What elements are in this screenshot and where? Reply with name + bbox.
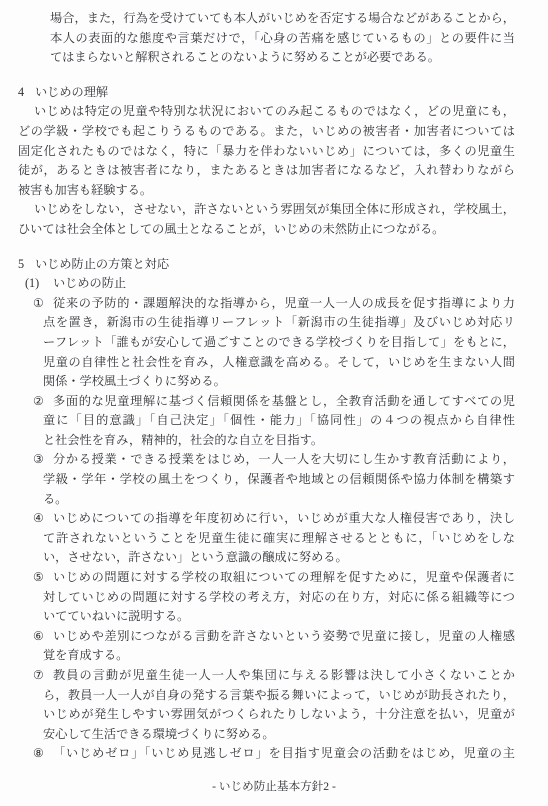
numbered-item: ⑤いじめの問題に対する学校の取組についての理解を促すために，児童や保護者に対して… bbox=[0, 568, 515, 627]
line-text: 場合，また，行為を受けていても本人がいじめを否定する場合などがあることから， bbox=[50, 11, 515, 25]
line-text: 点を置き，新潟市の生徒指導リーフレット「新潟市の生徒指導」及びいじめ対応リ bbox=[43, 315, 515, 329]
text-line: ひいては社会全体としての風土となることが，いじめの未然防止につながる。 bbox=[18, 220, 515, 240]
line-text: いじめの問題に対する学校の取組についての理解を促すために，児童や保護者に bbox=[53, 570, 515, 584]
line-text: いじめや差別につながる言動を許さないという姿勢で児童に接し，児童の人権感 bbox=[53, 629, 515, 643]
section-title: いじめ防止の方策と対応 bbox=[35, 257, 169, 271]
line-text: 関係・学校風土づくりに努める。 bbox=[43, 374, 226, 388]
section-title: いじめの理解 bbox=[35, 85, 108, 99]
text-line: いじめは特定の児童や特別な状況においてのみ起こるものではなく，どの児童にも， bbox=[18, 102, 515, 122]
numbered-item: ⑧「いじめゼロ」「いじめ見逃しゼロ」を目指す児童会の活動をはじめ，児童の主 bbox=[0, 744, 515, 764]
section-heading: 5いじめ防止の方策と対応 bbox=[0, 255, 515, 275]
numbered-item: ④いじめについての指導を年度初めに行い，いじめが重大な人権侵害であり，決して許さ… bbox=[0, 509, 515, 568]
text-line: 児童の自律性と社会性を育み，人権意識を高める。そして，いじめを生まない人間 bbox=[43, 353, 515, 373]
text-line: 徒が，あるときは被害者になり，またあるときは加害者になるなど，入れ替わりながら bbox=[18, 161, 515, 181]
numbered-item: ⑥いじめや差別につながる言動を許さないという姿勢で児童に接し，児童の人権感覚を育… bbox=[0, 627, 515, 666]
subsection-number: (1) bbox=[25, 274, 53, 294]
section-heading: 4いじめの理解 bbox=[0, 83, 515, 103]
line-text: 安心して生活できる環境づくりに努める。 bbox=[43, 727, 275, 741]
item-number-marker: ④ bbox=[33, 509, 44, 529]
text-line: ⑥いじめや差別につながる言動を許さないという姿勢で児童に接し，児童の人権感 bbox=[43, 627, 515, 647]
line-text: いてていねいに説明する。 bbox=[43, 609, 189, 623]
line-text: いじめをしない，させない，許さないという雰囲気が集団全体に形成され，学校風土， bbox=[34, 202, 515, 216]
item-number-marker: ③ bbox=[33, 450, 44, 470]
line-text: 教員の言動が児童生徒一人一人や集団に与える影響は決して小さくないことか bbox=[53, 668, 515, 682]
line-text: ーフレット「誰もが安心して過ごすことのできる学校づくりを目指して」をもとに， bbox=[43, 335, 515, 349]
text-line: る。 bbox=[43, 490, 515, 510]
text-line: ①従来の予防的・課題解決的な指導から，児童一人一人の成長を促す指導により力 bbox=[43, 294, 515, 314]
line-text: 対していじめの問題に対する学校の考え方，対応の在り方，対応に係る組織等につ bbox=[43, 590, 515, 604]
text-line: ら，教員一人一人が自身の発する言葉や振る舞いによって，いじめが助長されたり， bbox=[43, 686, 515, 706]
line-text: 学級・学年・学校の風土をつくり，保護者や地域との信頼関係や協力体制を構築す bbox=[43, 472, 515, 486]
line-text: て許されないということを児童生徒に確実に理解させるとともに，「いじめをしな bbox=[43, 531, 515, 545]
line-text: と社会性を育み，精神的，社会的な自立を目指す。 bbox=[43, 433, 323, 447]
line-text: どの学級・学校でも起こりうるものである。また，いじめの被害者・加害者については bbox=[18, 124, 515, 138]
line-text: いじめが発生しやすい雰囲気がつくられたりしないよう，十分注意を払い，児童が bbox=[43, 707, 515, 721]
text-line: どの学級・学校でも起こりうるものである。また，いじめの被害者・加害者については bbox=[18, 122, 515, 142]
text-line: いじめをしない，させない，許さないという雰囲気が集団全体に形成され，学校風土， bbox=[18, 200, 515, 220]
line-text: 「いじめゼロ」「いじめ見逃しゼロ」を目指す児童会の活動をはじめ，児童の主 bbox=[53, 746, 515, 760]
text-line: いてていねいに説明する。 bbox=[43, 607, 515, 627]
text-line: 学級・学年・学校の風土をつくり，保護者や地域との信頼関係や協力体制を構築す bbox=[43, 470, 515, 490]
paragraph: いじめをしない，させない，許さないという雰囲気が集団全体に形成され，学校風土，ひ… bbox=[0, 200, 515, 239]
line-text: 固定化されたものではなく，特に「暴力を伴わないいじめ」については，多くの児童生 bbox=[18, 144, 515, 158]
text-line: と社会性を育み，精神的，社会的な自立を目指す。 bbox=[43, 431, 515, 451]
text-line: 童に「目的意識」「自己決定」「個性・能力」「協同性」の４つの視点から自律性 bbox=[43, 411, 515, 431]
text-line: い，させない，許さない」という意識の醸成に努める。 bbox=[43, 548, 515, 568]
line-text: 童に「目的意識」「自己決定」「個性・能力」「協同性」の４つの視点から自律性 bbox=[43, 413, 515, 427]
item-number-marker: ② bbox=[33, 392, 44, 412]
item-number-marker: ① bbox=[33, 294, 44, 314]
section-number: 4 bbox=[18, 83, 35, 103]
line-text: 被害も加害も経験する。 bbox=[18, 183, 152, 197]
text-line: て許されないということを児童生徒に確実に理解させるとともに，「いじめをしな bbox=[43, 529, 515, 549]
numbered-subheading: (1)いじめの防止 bbox=[0, 274, 515, 294]
line-text: 児童の自律性と社会性を育み，人権意識を高める。そして，いじめを生まない人間 bbox=[43, 355, 515, 369]
subsection-title: いじめの防止 bbox=[53, 276, 126, 290]
line-text: る。 bbox=[43, 492, 67, 506]
line-text: 本人の表面的な態度や言葉だけで，「心身の苦痛を感じているもの」との要件に当 bbox=[50, 31, 515, 45]
numbered-item: ②多面的な児童理解に基づく信頼関係を基盤とし，全教育活動を通してすべての児童に「… bbox=[0, 392, 515, 451]
text-line: ⑤いじめの問題に対する学校の取組についての理解を促すために，児童や保護者に bbox=[43, 568, 515, 588]
line-text: 分かる授業・できる授業をはじめ，一人一人を大切にし生かす教育活動により， bbox=[53, 452, 515, 466]
numbered-item: ①従来の予防的・課題解決的な指導から，児童一人一人の成長を促す指導により力点を置… bbox=[0, 294, 515, 392]
line-text: 徒が，あるときは被害者になり，またあるときは加害者になるなど，入れ替わりながら bbox=[18, 163, 515, 177]
line-text: い，させない，許さない」という意識の醸成に努める。 bbox=[43, 550, 348, 564]
document-body: 場合，また，行為を受けていても本人がいじめを否定する場合などがあることから，本人… bbox=[0, 0, 515, 764]
line-text: てはまらないと解釈されることのないように努めることが必要である。 bbox=[50, 50, 440, 64]
text-line: 関係・学校風土づくりに努める。 bbox=[43, 372, 515, 392]
document-page: 場合，また，行為を受けていても本人がいじめを否定する場合などがあることから，本人… bbox=[0, 0, 548, 806]
numbered-item: ③分かる授業・できる授業をはじめ，一人一人を大切にし生かす教育活動により，学級・… bbox=[0, 450, 515, 509]
text-line: 被害も加害も経験する。 bbox=[18, 181, 515, 201]
paragraph: いじめは特定の児童や特別な状況においてのみ起こるものではなく，どの児童にも，どの… bbox=[0, 102, 515, 200]
text-line: ③分かる授業・できる授業をはじめ，一人一人を大切にし生かす教育活動により， bbox=[43, 450, 515, 470]
text-line: 点を置き，新潟市の生徒指導リーフレット「新潟市の生徒指導」及びいじめ対応リ bbox=[43, 313, 515, 333]
section-number: 5 bbox=[18, 255, 35, 275]
text-line: 覚を育成する。 bbox=[43, 646, 515, 666]
item-number-marker: ⑤ bbox=[33, 568, 44, 588]
line-text: いじめは特定の児童や特別な状況においてのみ起こるものではなく，どの児童にも， bbox=[34, 104, 515, 118]
text-line: ②多面的な児童理解に基づく信頼関係を基盤とし，全教育活動を通してすべての児 bbox=[43, 392, 515, 412]
text-line: 固定化されたものではなく，特に「暴力を伴わないいじめ」については，多くの児童生 bbox=[18, 142, 515, 162]
text-line: 対していじめの問題に対する学校の考え方，対応の在り方，対応に係る組織等につ bbox=[43, 588, 515, 608]
text-line: 安心して生活できる環境づくりに努める。 bbox=[43, 725, 515, 745]
line-text: 多面的な児童理解に基づく信頼関係を基盤とし，全教育活動を通してすべての児 bbox=[53, 394, 515, 408]
numbered-item: ⑦教員の言動が児童生徒一人一人や集団に与える影響は決して小さくないことから，教員… bbox=[0, 666, 515, 744]
continuation-paragraph: 場合，また，行為を受けていても本人がいじめを否定する場合などがあることから，本人… bbox=[0, 9, 515, 68]
text-line: ーフレット「誰もが安心して過ごすことのできる学校づくりを目指して」をもとに， bbox=[43, 333, 515, 353]
text-line: てはまらないと解釈されることのないように努めることが必要である。 bbox=[50, 48, 515, 68]
item-number-marker: ⑦ bbox=[33, 666, 44, 686]
line-text: いじめについての指導を年度初めに行い，いじめが重大な人権侵害であり，決し bbox=[53, 511, 515, 525]
item-number-marker: ⑧ bbox=[33, 744, 44, 764]
text-line: 本人の表面的な態度や言葉だけで，「心身の苦痛を感じているもの」との要件に当 bbox=[50, 29, 515, 49]
line-text: ひいては社会全体としての風土となることが，いじめの未然防止につながる。 bbox=[18, 222, 444, 236]
line-text: 従来の予防的・課題解決的な指導から，児童一人一人の成長を促す指導により力 bbox=[53, 296, 515, 310]
text-line: ⑦教員の言動が児童生徒一人一人や集団に与える影響は決して小さくないことか bbox=[43, 666, 515, 686]
text-line: ⑧「いじめゼロ」「いじめ見逃しゼロ」を目指す児童会の活動をはじめ，児童の主 bbox=[43, 744, 515, 764]
page-footer: - いじめ防止基本方針2 - bbox=[0, 779, 548, 795]
line-text: 覚を育成する。 bbox=[43, 648, 128, 662]
item-number-marker: ⑥ bbox=[33, 627, 44, 647]
text-line: いじめが発生しやすい雰囲気がつくられたりしないよう，十分注意を払い，児童が bbox=[43, 705, 515, 725]
line-text: ら，教員一人一人が自身の発する言葉や振る舞いによって，いじめが助長されたり， bbox=[43, 688, 515, 702]
text-line: ④いじめについての指導を年度初めに行い，いじめが重大な人権侵害であり，決し bbox=[43, 509, 515, 529]
text-line: 場合，また，行為を受けていても本人がいじめを否定する場合などがあることから， bbox=[50, 9, 515, 29]
